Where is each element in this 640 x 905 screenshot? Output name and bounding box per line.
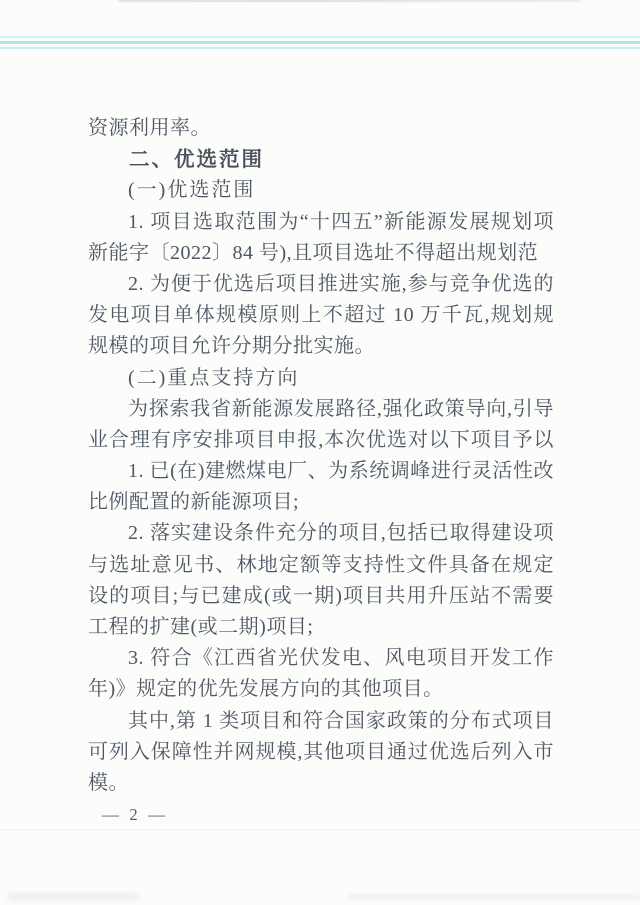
text-line: 设的项目;与已建成(或一期)项目共用升压站不需要新建外送 <box>88 581 554 612</box>
text-line: 可列入保障性并网规模,其他项目通过优选后列入市场化并网规 <box>88 737 554 768</box>
scan-artifact-top-smudge <box>118 0 580 2</box>
text-line: 1. 项目选取范围为“十四五”新能源发展规划项目库(赣能 <box>88 207 554 238</box>
page-number: — 2 — <box>102 804 168 826</box>
text-line: 新能字〔2022〕84 号),且项目选址不得超出规划范围。 <box>88 238 554 269</box>
text-line: 比例配置的新能源项目; <box>88 487 554 518</box>
section-heading: 二、优选范围 <box>88 144 554 175</box>
text-line: 规模的项目允许分期分批实施。 <box>88 331 554 362</box>
text-line: 资源利用率。 <box>88 113 554 144</box>
text-line: 3. 符合《江西省光伏发电、风电项目开发工作指南(2022 <box>88 643 554 674</box>
scan-artifact-faint-line <box>0 829 640 830</box>
text-line: 其中,第 1 类项目和符合国家政策的分布式项目通过优选后 <box>88 706 554 737</box>
scan-artifact-rule-3 <box>0 47 640 49</box>
text-line: 2. 落实建设条件充分的项目,包括已取得建设项目用地预审 <box>88 518 554 549</box>
text-line: 与选址意见书、林地定额等支持性文件具备在规定时间内开工建 <box>88 550 554 581</box>
text-line: 发电项目单体规模原则上不超过 10 万千瓦,规划规模超过优选 <box>88 300 554 331</box>
scan-artifact-bottom-smudge-left <box>8 893 138 901</box>
text-line: 模。 <box>88 768 554 799</box>
text-line: 工程的扩建(或二期)项目; <box>88 612 554 643</box>
text-line: 2. 为便于优选后项目推进实施,参与竞争优选的风电、光伏 <box>88 269 554 300</box>
document-text-block: 资源利用率。 二、优选范围 (一)优选范围 1. 项目选取范围为“十四五”新能源… <box>88 113 554 799</box>
text-line: 1. 已(在)建燃煤电厂、为系统调峰进行灵活性改造按一定 <box>88 456 554 487</box>
document-page: 资源利用率。 二、优选范围 (一)优选范围 1. 项目选取范围为“十四五”新能源… <box>0 0 640 905</box>
scan-artifact-rule-2 <box>0 41 640 44</box>
text-line: 为探索我省新能源发展路径,强化政策导向,引导地方和企 <box>88 394 554 425</box>
subsection-heading: (二)重点支持方向 <box>88 363 554 394</box>
subsection-heading: (一)优选范围 <box>88 175 554 206</box>
scan-artifact-rule-1 <box>0 36 640 38</box>
scan-artifact-bottom-smudge-right <box>348 894 640 901</box>
text-line: 年)》规定的优先发展方向的其他项目。 <box>88 674 554 705</box>
text-line: 业合理有序安排项目申报,本次优选对以下项目予以优先支持: <box>88 425 554 456</box>
